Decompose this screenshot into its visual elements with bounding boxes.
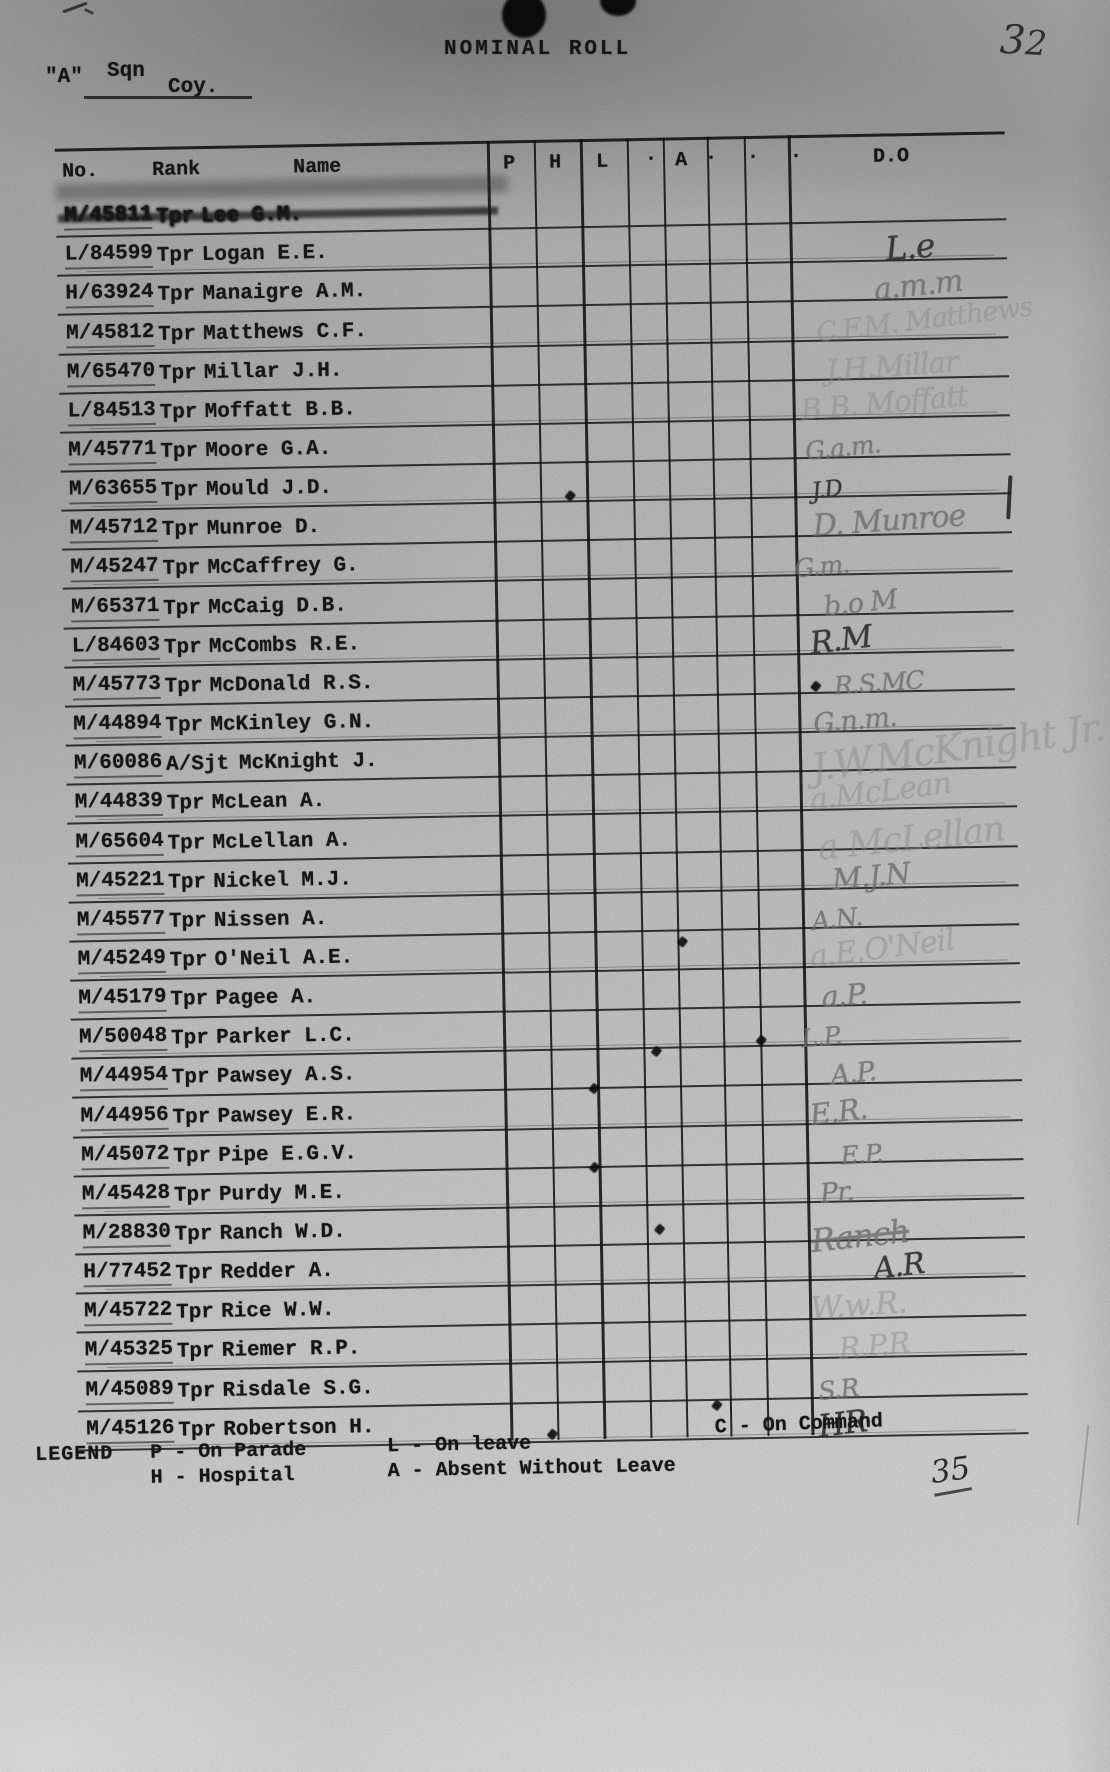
rank: Tpr xyxy=(157,244,195,268)
legend-item-a: A - Absent Without Leave xyxy=(387,1455,675,1484)
service-number: M/45249 xyxy=(77,947,166,975)
pencil-check-mark xyxy=(62,2,87,14)
rank: Tpr xyxy=(165,714,203,738)
rank: Tpr xyxy=(160,440,198,464)
rank: Tpr xyxy=(170,988,208,1012)
service-number: M/44839 xyxy=(75,790,164,818)
column-header-do: D.O xyxy=(873,145,909,169)
rank: Tpr xyxy=(169,949,207,973)
handwritten-page-number-bottom: 35 xyxy=(928,1450,972,1491)
signature: J.D xyxy=(810,476,843,506)
soldier-name: Moore G.A. xyxy=(205,438,331,463)
rank: Tpr xyxy=(173,1145,211,1169)
ink-marks xyxy=(55,123,1005,140)
service-number: M/45722 xyxy=(84,1299,173,1327)
service-number: M/45577 xyxy=(77,908,166,936)
soldier-name: Nickel M.J. xyxy=(213,868,352,894)
soldier-name: McKinley G.N. xyxy=(210,711,374,737)
rank: Tpr xyxy=(174,1184,212,1208)
rank: Tpr xyxy=(172,1066,210,1090)
nominal-roll-table: No. Rank Name P H L A D.O ···· M/45811 T… xyxy=(55,123,1029,1452)
rank: Tpr xyxy=(171,1027,209,1051)
rank: Tpr xyxy=(175,1262,213,1286)
rank: Tpr xyxy=(168,871,206,895)
service-number: M/65371 xyxy=(71,595,160,623)
service-number: M/45773 xyxy=(72,673,161,701)
signature: Pr. xyxy=(819,1176,855,1210)
soldier-name: Ranch W.D. xyxy=(219,1221,345,1246)
soldier-name: Logan E.E. xyxy=(202,242,328,267)
legend: LEGEND P - On ParadeH - HospitalL - On l… xyxy=(35,1422,1087,1532)
column-header-name: Name xyxy=(293,155,341,179)
rank: Tpr xyxy=(172,1106,210,1130)
signature: L.e xyxy=(884,226,936,269)
signature: L.P. xyxy=(800,1021,843,1053)
column-header-no: No. xyxy=(62,160,98,184)
squadron-letter: "A" xyxy=(45,66,83,89)
rank: Tpr xyxy=(158,323,196,347)
soldier-name: McCaffrey G. xyxy=(207,555,359,581)
soldier-name: Risdale S.G. xyxy=(222,1377,374,1403)
service-number: H/63924 xyxy=(65,281,154,309)
rank: Tpr xyxy=(164,675,202,699)
soldier-name: Nissen A. xyxy=(214,908,328,933)
punch-hole-blot xyxy=(502,0,546,38)
rank: A/Sjt xyxy=(166,753,229,777)
service-number: M/65604 xyxy=(75,829,164,857)
service-number: M/60086 xyxy=(74,751,163,779)
service-number: M/45712 xyxy=(70,516,159,544)
service-number: M/44894 xyxy=(73,712,162,740)
scanned-document-page: NOMINAL ROLL 32 "A" Sqn Coy. No. Rank Na… xyxy=(0,0,1110,1772)
rank: Tpr xyxy=(163,597,201,621)
punch-hole-blot-small xyxy=(600,0,636,16)
rank: Tpr xyxy=(162,518,200,542)
page-title: NOMINAL ROLL xyxy=(444,38,631,61)
soldier-name: Manaigre A.M. xyxy=(202,280,366,306)
service-number: M/63655 xyxy=(69,477,158,505)
service-number: M/50048 xyxy=(79,1025,168,1053)
soldier-name: Pipe E.G.V. xyxy=(218,1142,357,1168)
service-number: L/84513 xyxy=(67,399,156,427)
soldier-name: McLean A. xyxy=(212,790,326,815)
soldier-name: McLellan A. xyxy=(212,829,351,855)
ink-smear xyxy=(55,175,507,200)
rank: Tpr xyxy=(164,636,202,660)
rank: Tpr xyxy=(159,362,197,386)
signature: a.P. xyxy=(820,977,868,1014)
service-number: M/45325 xyxy=(85,1338,174,1366)
soldier-name: McCaig D.B. xyxy=(208,594,347,620)
legend-item-p: P - On Parade xyxy=(150,1439,306,1465)
table-rows: M/45811 Tpr Lee G.M. L/84599 Tpr Logan E… xyxy=(56,179,1006,196)
legend-item-c: C - On Command xyxy=(714,1410,883,1439)
service-number: M/44956 xyxy=(80,1103,169,1131)
soldier-name: Pagee A. xyxy=(215,986,316,1011)
legend-label: LEGEND xyxy=(35,1443,113,1467)
legend-item-h: H - Hospital xyxy=(150,1464,294,1490)
rank: Tpr xyxy=(177,1380,215,1404)
service-number: M/45771 xyxy=(68,438,157,466)
rank: Tpr xyxy=(167,832,205,856)
soldier-name: Matthews C.F. xyxy=(203,320,367,346)
soldier-name: Mould J.D. xyxy=(206,477,332,502)
service-number: M/45812 xyxy=(66,321,155,349)
service-number: M/45072 xyxy=(81,1143,170,1171)
header-dot: · xyxy=(645,148,657,171)
signature: E.R. xyxy=(808,1091,869,1132)
service-number: H/77452 xyxy=(83,1260,172,1288)
soldier-name: Parker L.C. xyxy=(216,1025,355,1051)
pencil-check-mark xyxy=(84,8,94,15)
service-number: M/45428 xyxy=(82,1182,171,1210)
soldier-name: Moffatt B.B. xyxy=(204,398,356,424)
rank: Tpr xyxy=(177,1340,215,1364)
column-header-a: A xyxy=(675,149,687,172)
service-number: M/28830 xyxy=(82,1221,171,1249)
soldier-name: Rice W.W. xyxy=(221,1299,335,1324)
signature: W.w.R. xyxy=(809,1285,908,1328)
rank: Tpr xyxy=(157,284,195,308)
service-number: M/45247 xyxy=(70,555,159,583)
soldier-name: Millar J.H. xyxy=(204,359,343,385)
service-number: M/44954 xyxy=(80,1064,169,1092)
rank: Tpr xyxy=(161,479,199,503)
rank: Tpr xyxy=(176,1301,214,1325)
soldier-name: Munroe D. xyxy=(207,516,321,541)
service-number: M/65470 xyxy=(67,360,156,388)
soldier-name: Pawsey E.R. xyxy=(217,1103,356,1129)
soldier-name: McCombs R.E. xyxy=(209,633,361,659)
service-number: M/45221 xyxy=(76,869,165,897)
signature: A.N. xyxy=(810,902,863,936)
table-vlines xyxy=(55,123,1005,140)
signature: E.P. xyxy=(840,1138,884,1170)
soldier-name: McKnight J. xyxy=(239,750,378,776)
signature: R.P.R xyxy=(837,1326,910,1366)
header-dots: ···· xyxy=(55,123,1005,140)
service-number: M/45179 xyxy=(78,986,167,1014)
service-number: M/45089 xyxy=(85,1377,174,1405)
header-dot: · xyxy=(747,146,759,169)
column-header-rank: Rank xyxy=(152,158,200,182)
soldier-name: McDonald R.S. xyxy=(209,672,373,698)
column-header-p: P xyxy=(503,152,515,175)
rank: Tpr xyxy=(162,558,200,582)
rank: Tpr xyxy=(169,910,207,934)
soldier-name: O'Neil A.E. xyxy=(214,946,353,972)
rank: Tpr xyxy=(175,1223,213,1247)
signature: G.m. xyxy=(793,550,850,584)
rank: Tpr xyxy=(159,401,197,425)
handwritten-page-number-top: 32 xyxy=(999,17,1048,65)
squadron-label: Sqn xyxy=(107,60,145,83)
column-header-h: H xyxy=(549,151,561,174)
soldier-name: Pawsey A.S. xyxy=(217,1064,356,1090)
header-dot: · xyxy=(790,145,802,168)
soldier-name: Purdy M.E. xyxy=(219,1181,345,1206)
signature: A.P. xyxy=(829,1056,877,1092)
service-number: L/84603 xyxy=(72,634,161,662)
service-number: L/84599 xyxy=(65,242,154,270)
soldier-name: Redder A. xyxy=(220,1260,334,1285)
signature: S.R xyxy=(817,1373,860,1406)
soldier-name: Riemer R.P. xyxy=(222,1338,361,1364)
company-label: Coy. xyxy=(168,76,218,99)
column-header-l: L xyxy=(596,151,608,174)
legend-item-l: L - On leave xyxy=(387,1432,531,1458)
signature: R.M xyxy=(808,618,874,661)
rank: Tpr xyxy=(167,792,205,816)
